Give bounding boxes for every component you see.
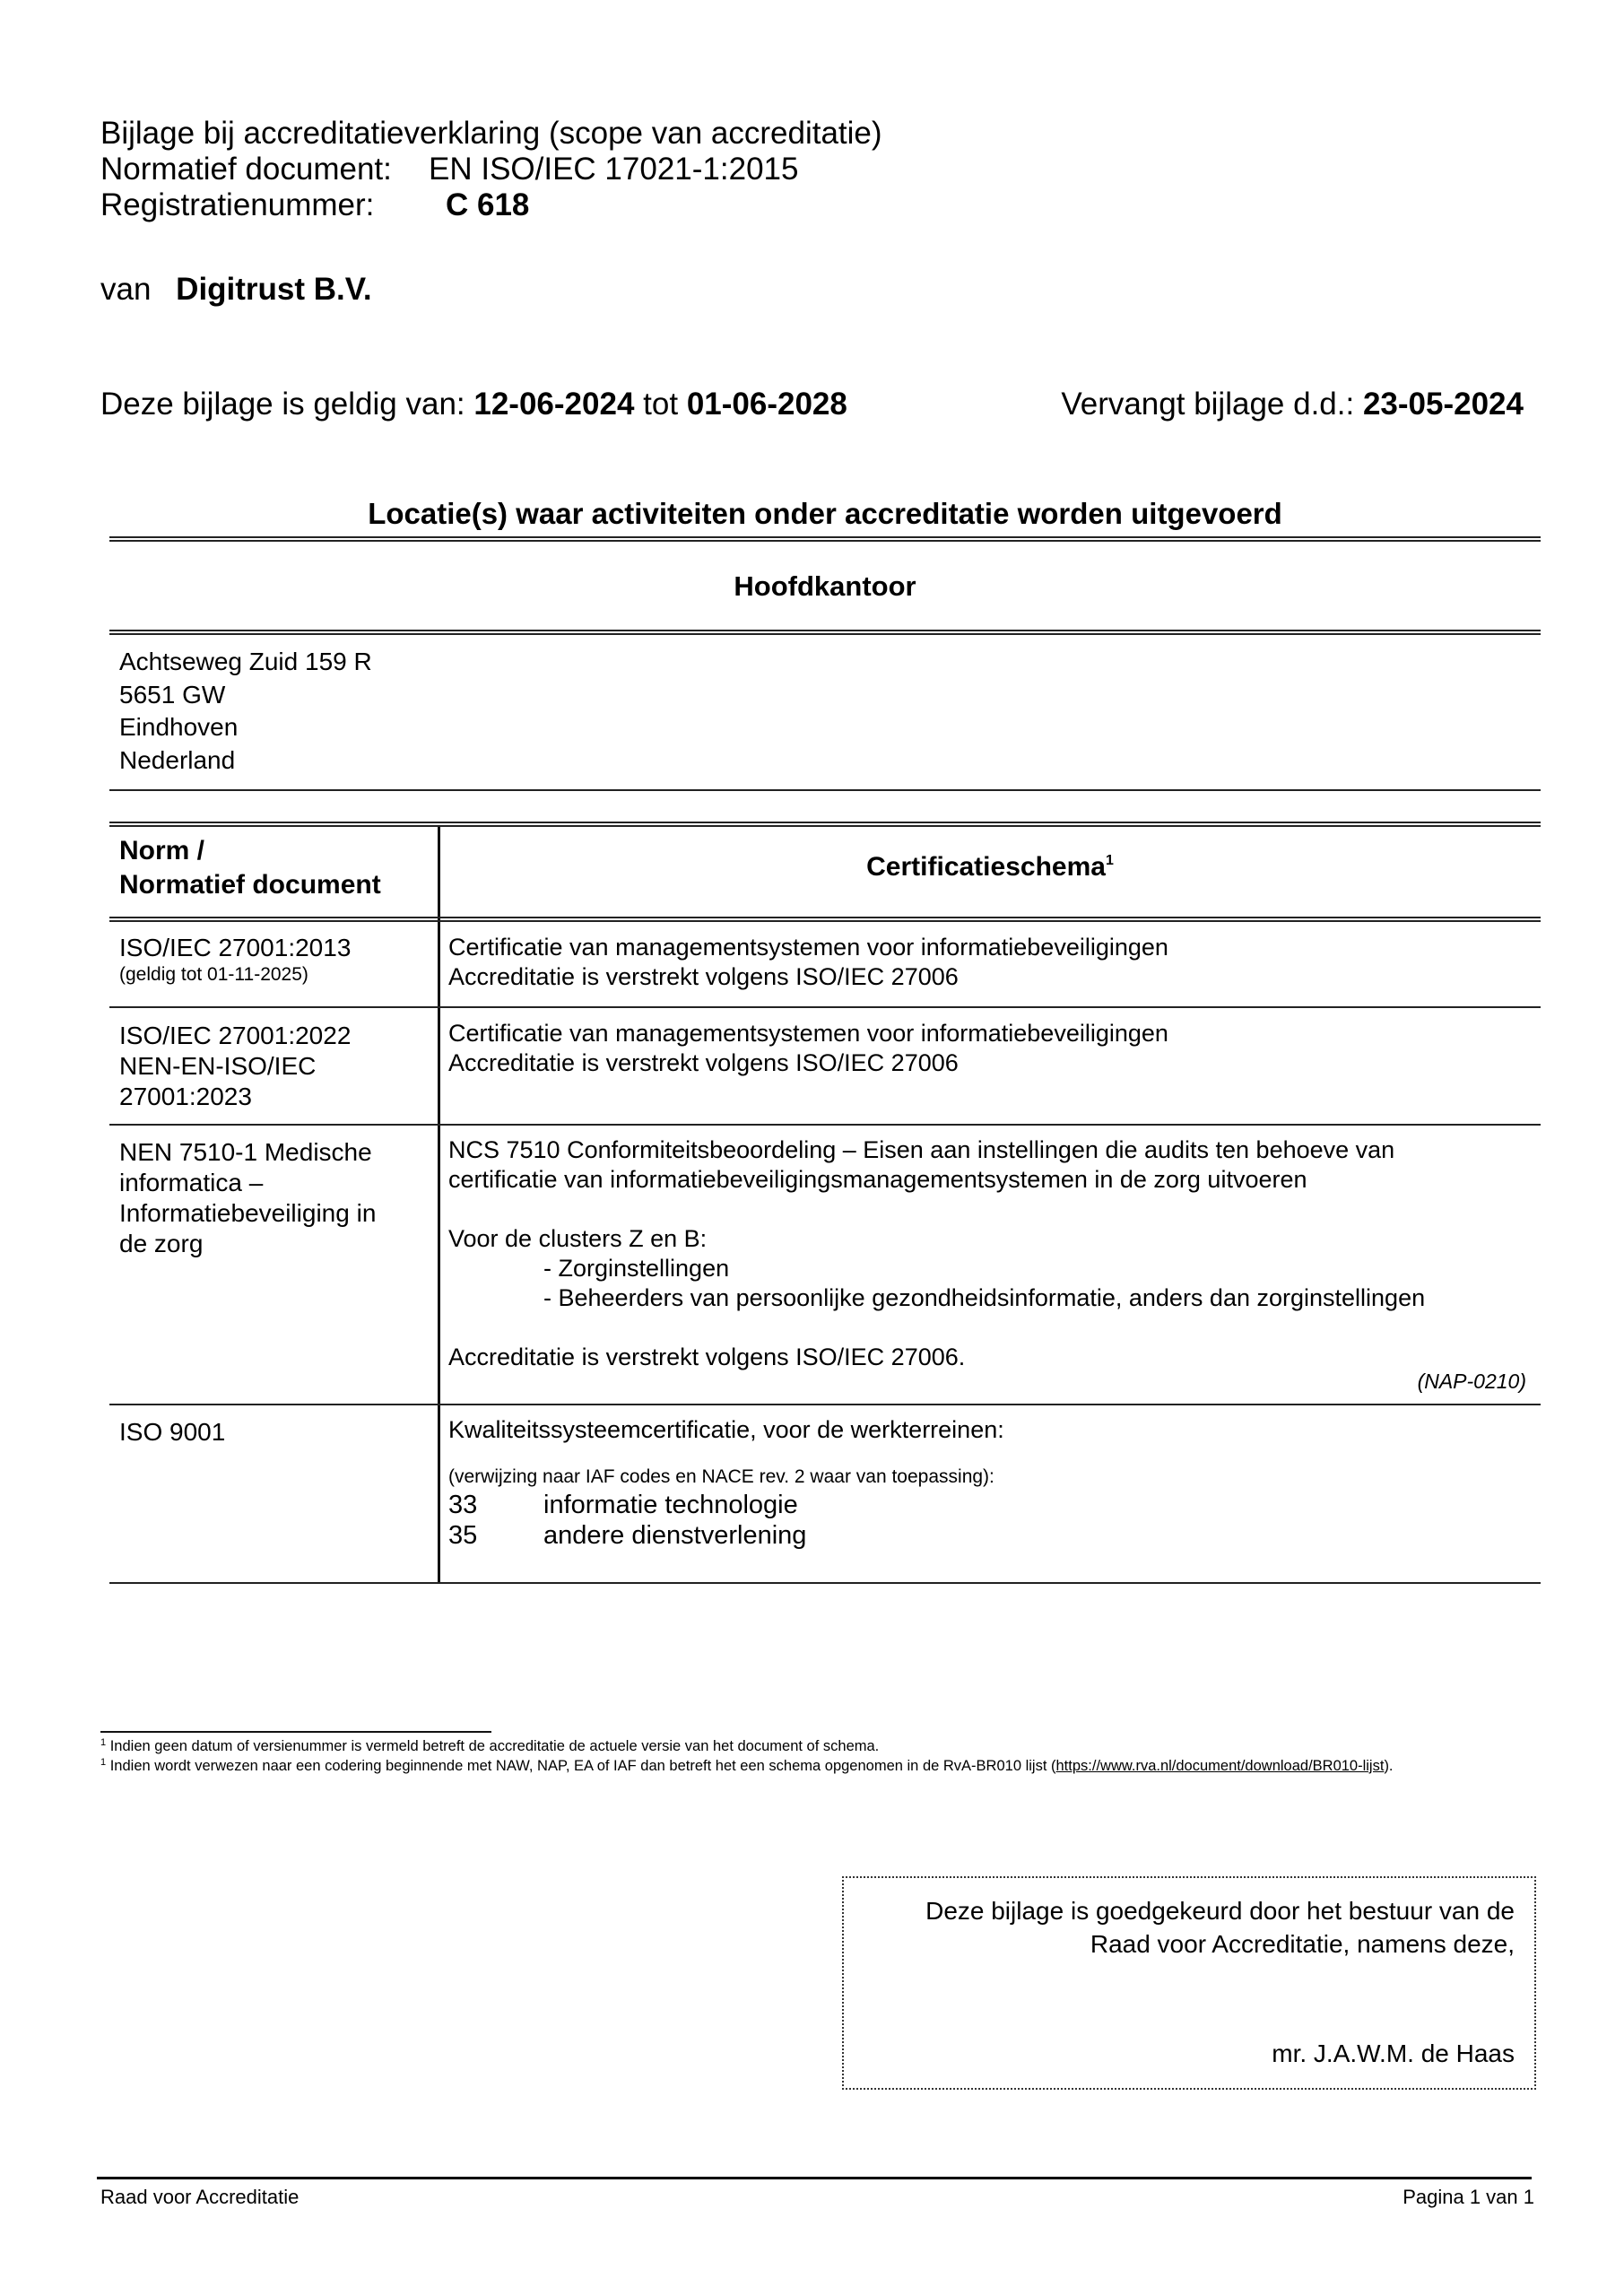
valid-from-date: 12-06-2024 — [473, 387, 634, 422]
norm-name: Informatiebeveiliging in — [119, 1198, 429, 1229]
organization-prefix: van — [100, 272, 151, 307]
page-footer-rule — [97, 2177, 1532, 2179]
table-bottom-border — [109, 1582, 1541, 1584]
replaces-date: 23-05-2024 — [1363, 387, 1524, 422]
norm-name: ISO/IEC 27001:2022 — [119, 1021, 429, 1051]
registration-label: Registratienummer: — [100, 187, 374, 222]
footnote-marker: 1 — [100, 1757, 106, 1768]
footnote-separator — [100, 1731, 491, 1733]
table-row-norm: ISO/IEC 27001:2022 NEN-EN-ISO/IEC 27001:… — [119, 1021, 429, 1112]
footnote-text: Indien geen datum of versienummer is ver… — [110, 1738, 880, 1754]
footnote-marker: 1 — [100, 1737, 106, 1748]
header-norm-line2: Normatief document — [119, 868, 429, 902]
norm-name: ISO 9001 — [119, 1417, 429, 1448]
address-street: Achtseweg Zuid 159 R — [119, 646, 372, 679]
scheme-reference-code: (NAP-0210) — [1418, 1367, 1526, 1396]
approval-line: Raad voor Accreditatie, namens deze, — [925, 1927, 1515, 1961]
normative-label: Normatief document: — [100, 152, 392, 187]
organization-line: van Digitrust B.V. — [100, 271, 372, 309]
iaf-code-item: 33 informatie technologie — [448, 1490, 1533, 1520]
iaf-code: 33 — [448, 1490, 543, 1520]
norm-name: de zorg — [119, 1229, 429, 1259]
table-row-border — [109, 1404, 1541, 1405]
table-top-border — [109, 822, 1541, 827]
address-country: Nederland — [119, 744, 372, 778]
cluster-item: - Zorginstellingen — [448, 1254, 1533, 1283]
table-row-norm: ISO/IEC 27001:2013 (geldig tot 01-11-202… — [119, 933, 429, 987]
iaf-code-label: andere dienstverlening — [543, 1520, 806, 1551]
accreditation-note: Accreditatie is verstrekt volgens ISO/IE… — [448, 1343, 1533, 1372]
footnote-1: 1 Indien geen datum of versienummer is v… — [100, 1736, 1499, 1756]
table-row-border — [109, 1124, 1541, 1126]
site-name: Hoofdkantoor — [109, 570, 1541, 604]
table-row-scheme: Certificatie van managementsystemen voor… — [448, 1019, 1533, 1078]
iaf-codes-note: (verwijzing naar IAF codes en NACE rev. … — [448, 1465, 1533, 1490]
page-footer-organization: Raad voor Accreditatie — [100, 2186, 299, 2209]
norm-name: NEN-EN-ISO/IEC — [119, 1051, 429, 1082]
table-header-scheme: Certificatieschema1 — [439, 850, 1541, 884]
address-postcode: 5651 GW — [119, 679, 372, 712]
approval-statement: Deze bijlage is goedgekeurd door het bes… — [925, 1894, 1515, 1961]
scheme-line: Certificatie van managementsystemen voor… — [448, 933, 1533, 962]
address-city: Eindhoven — [119, 711, 372, 744]
approval-box: Deze bijlage is goedgekeurd door het bes… — [842, 1876, 1536, 2090]
cluster-item: - Beheerders van persoonlijke gezondheid… — [448, 1283, 1533, 1313]
scheme-line: NCS 7510 Conformiteitsbeoordeling – Eise… — [448, 1135, 1533, 1165]
iaf-code-label: informatie technologie — [543, 1490, 798, 1520]
scheme-line: Certificatie van managementsystemen voor… — [448, 1019, 1533, 1048]
scheme-line: Accreditatie is verstrekt volgens ISO/IE… — [448, 962, 1533, 992]
header-norm-line1: Norm / — [119, 834, 429, 868]
table-row-norm: ISO 9001 — [119, 1417, 429, 1448]
br010-list-link[interactable]: https://www.rva.nl/document/download/BR0… — [1056, 1758, 1385, 1774]
validity-prefix: Deze bijlage is geldig van: — [100, 387, 465, 422]
approval-line: Deze bijlage is goedgekeurd door het bes… — [925, 1894, 1515, 1927]
registration-line: Registratienummer: C 618 — [100, 187, 374, 224]
scheme-line: Accreditatie is verstrekt volgens ISO/IE… — [448, 1048, 1533, 1078]
footnote-ref: 1 — [1106, 853, 1114, 868]
table-row-norm: NEN 7510-1 Medische informatica – Inform… — [119, 1137, 429, 1259]
norm-name: NEN 7510-1 Medische — [119, 1137, 429, 1168]
iaf-code: 35 — [448, 1520, 543, 1551]
replaces-line: Vervangt bijlage d.d.: 23-05-2024 — [1061, 386, 1524, 423]
table-header-norm: Norm / Normatief document — [119, 834, 429, 902]
clusters-intro: Voor de clusters Z en B: — [448, 1224, 1533, 1254]
norm-name: 27001:2023 — [119, 1082, 429, 1112]
organization-name: Digitrust B.V. — [176, 272, 371, 307]
page-number: Pagina 1 van 1 — [1403, 2186, 1534, 2209]
iaf-code-item: 35 andere dienstverlening — [448, 1520, 1533, 1551]
signatory-name: mr. J.A.W.M. de Haas — [1272, 2038, 1515, 2070]
validity-line: Deze bijlage is geldig van: 12-06-2024 t… — [100, 386, 847, 423]
table-row-border — [109, 1006, 1541, 1008]
norm-validity-note: (geldig tot 01-11-2025) — [119, 963, 429, 987]
table-column-divider — [438, 827, 440, 1582]
divider — [109, 630, 1541, 635]
address-block: Achtseweg Zuid 159 R 5651 GW Eindhoven N… — [119, 646, 372, 777]
footnote-text: ). — [1384, 1758, 1393, 1774]
norm-name: ISO/IEC 27001:2013 — [119, 933, 429, 963]
locations-title: Locatie(s) waar activiteiten onder accre… — [109, 496, 1541, 532]
divider — [109, 536, 1541, 542]
replaces-label: Vervangt bijlage d.d.: — [1061, 387, 1354, 422]
norm-name: informatica – — [119, 1168, 429, 1198]
divider — [109, 789, 1541, 791]
scheme-line: certificatie van informatiebeveiligingsm… — [448, 1165, 1533, 1195]
table-row-scheme: NCS 7510 Conformiteitsbeoordeling – Eise… — [448, 1135, 1533, 1400]
header-scheme-label: Certificatieschema — [866, 852, 1106, 882]
scheme-line: Kwaliteitssysteemcertificatie, voor de w… — [448, 1415, 1533, 1445]
document-title: Bijlage bij accreditatieverklaring (scop… — [100, 115, 882, 152]
normative-value: EN ISO/IEC 17021-1:2015 — [429, 151, 798, 188]
table-row-scheme: Certificatie van managementsystemen voor… — [448, 933, 1533, 992]
footnote-text: Indien wordt verwezen naar een codering … — [110, 1758, 1056, 1774]
table-header-border — [109, 917, 1541, 922]
validity-to-word: tot — [643, 387, 678, 422]
registration-number: C 618 — [446, 187, 529, 224]
table-row-scheme: Kwaliteitssysteemcertificatie, voor de w… — [448, 1415, 1533, 1551]
valid-to-date: 01-06-2028 — [687, 387, 847, 422]
footnote-2: 1 Indien wordt verwezen naar een coderin… — [100, 1756, 1499, 1776]
normative-document-line: Normatief document: EN ISO/IEC 17021-1:2… — [100, 151, 392, 188]
